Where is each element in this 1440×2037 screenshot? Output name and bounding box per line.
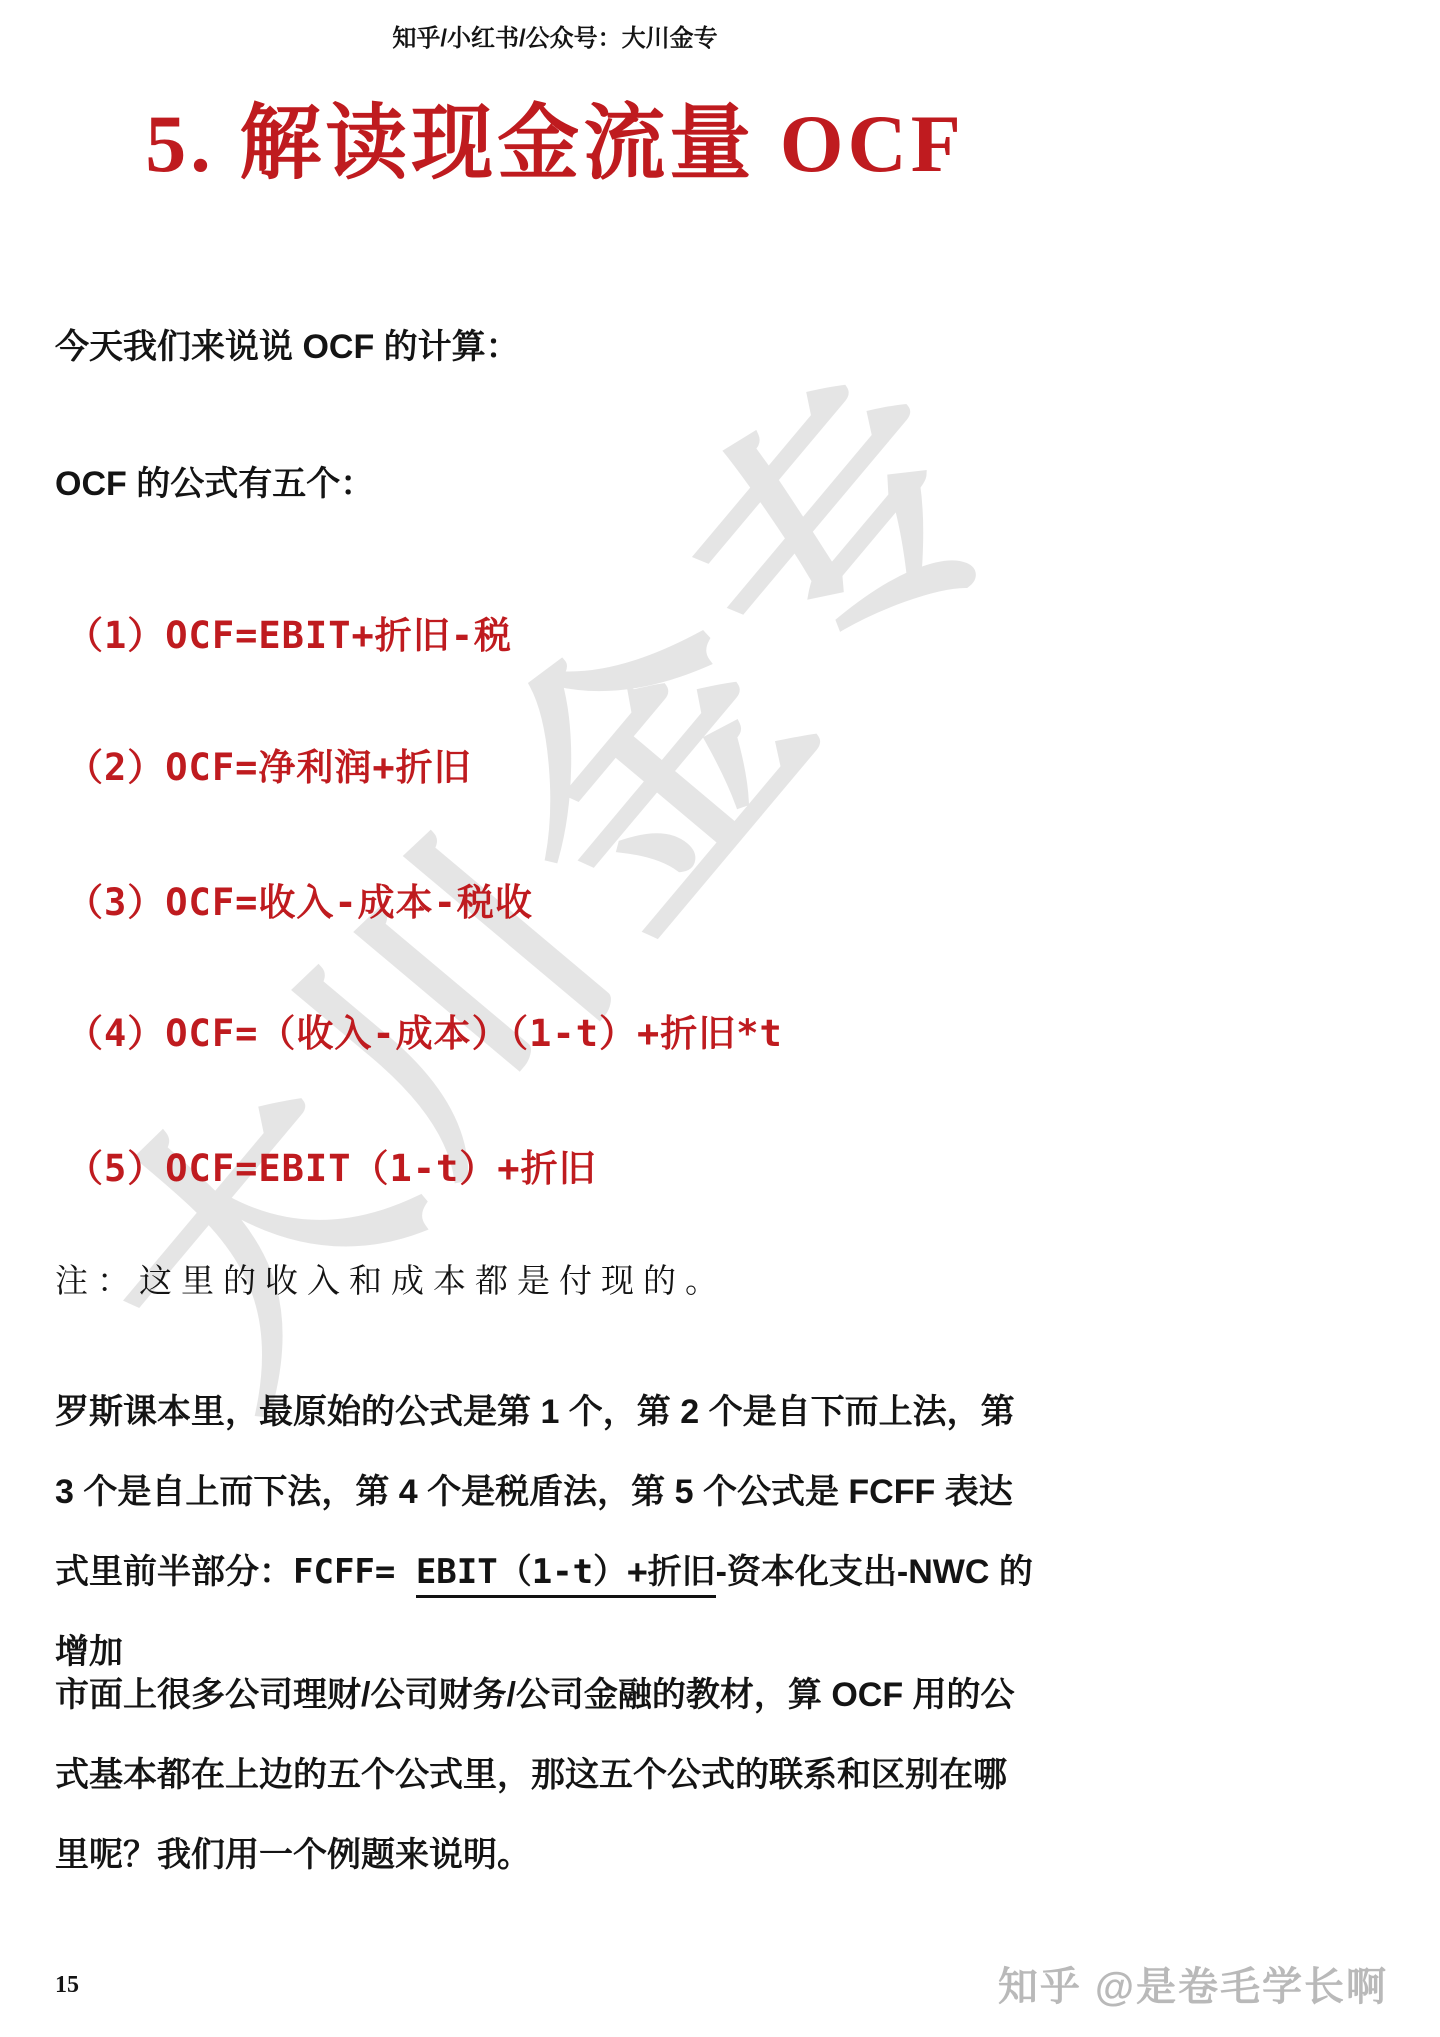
intro-line-2: OCF 的公式有五个： (55, 462, 1040, 506)
formula-5: （5）OCF=EBIT（1-t）+折旧 (66, 1138, 1051, 1192)
zhihu-author-watermark: 知乎 @是卷毛学长啊 (998, 1955, 1388, 2012)
page-title: 5. 解读现金流量 OCF (0, 78, 1110, 195)
paragraph-ross: 罗斯课本里，最原始的公式是第 1 个，第 2 个是自下而上法，第 3 个是自上而… (55, 1372, 1040, 1692)
formula-3: （3）OCF=收入-成本-税收 (66, 872, 1051, 926)
note-line: 注：这里的收入和成本都是付现的。 (55, 1255, 1040, 1302)
paragraph-textbooks: 市面上很多公司理财/公司财务/公司金融的教材，算 OCF 用的公式基本都在上边的… (55, 1655, 1040, 1895)
channel-header: 知乎/小红书/公众号：大川金专 (0, 18, 1110, 53)
document-page: 大川金专 知乎/小红书/公众号：大川金专 5. 解读现金流量 OCF 今天我们来… (0, 0, 1440, 2037)
fcff-label: FCFF= (293, 1552, 416, 1592)
formula-1: （1）OCF=EBIT+折旧-税 (66, 605, 1051, 659)
page-number: 15 (55, 1972, 79, 1999)
formula-4: （4）OCF=（收入-成本）（1-t）+折旧*t (66, 1003, 1051, 1057)
document-content: 知乎/小红书/公众号：大川金专 5. 解读现金流量 OCF 今天我们来说说 OC… (0, 0, 1440, 2037)
formula-2: （2）OCF=净利润+折旧 (66, 737, 1051, 791)
fcff-underlined-formula: EBIT（1-t）+折旧 (416, 1552, 716, 1598)
intro-line-1: 今天我们来说说 OCF 的计算： (55, 325, 1040, 369)
